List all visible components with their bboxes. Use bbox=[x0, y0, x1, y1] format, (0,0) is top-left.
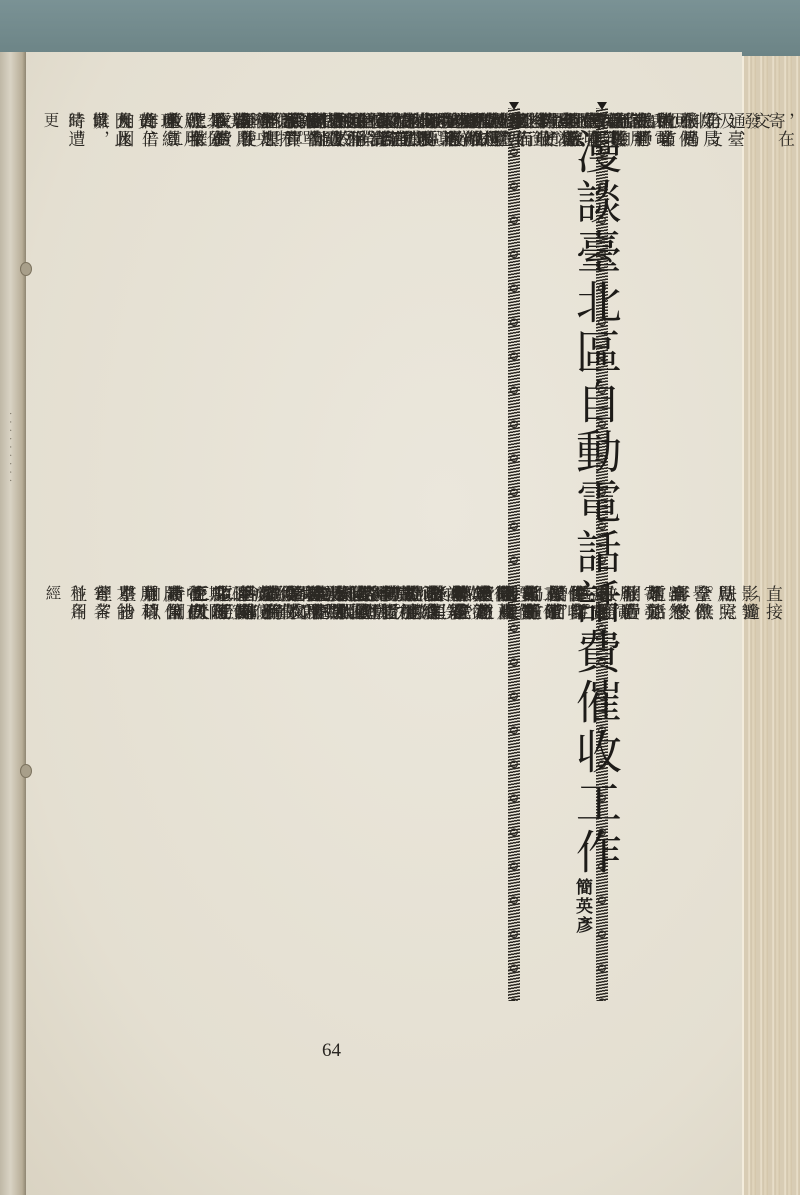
title-panel: 漫談臺北區自動電話話費催收工作 簡英彥 bbox=[508, 108, 608, 1001]
page-number: 64 bbox=[322, 1040, 341, 1062]
page-edges bbox=[742, 56, 800, 1195]
article-title: 漫談臺北區自動電話話費催收工作 bbox=[563, 128, 629, 878]
text-column: 用戶責難。不但影響經辦催收人員之工作及情緒，更 bbox=[38, 112, 357, 148]
binding-stitch-icon bbox=[20, 764, 32, 778]
binding-stitch-icon bbox=[20, 262, 32, 276]
scan-backdrop bbox=[0, 0, 800, 60]
text-column: 電話向欠費用戶催收，至於市區用戶則由營業科各經 bbox=[40, 585, 334, 621]
book-gutter: · · · · · · · · · bbox=[0, 52, 26, 1195]
gutter-bleed-text: · · · · · · · · · bbox=[4, 412, 15, 483]
author-name: 簡英彥 bbox=[570, 878, 595, 935]
book-page bbox=[0, 52, 742, 1195]
chain-ornament-icon bbox=[508, 108, 520, 1001]
